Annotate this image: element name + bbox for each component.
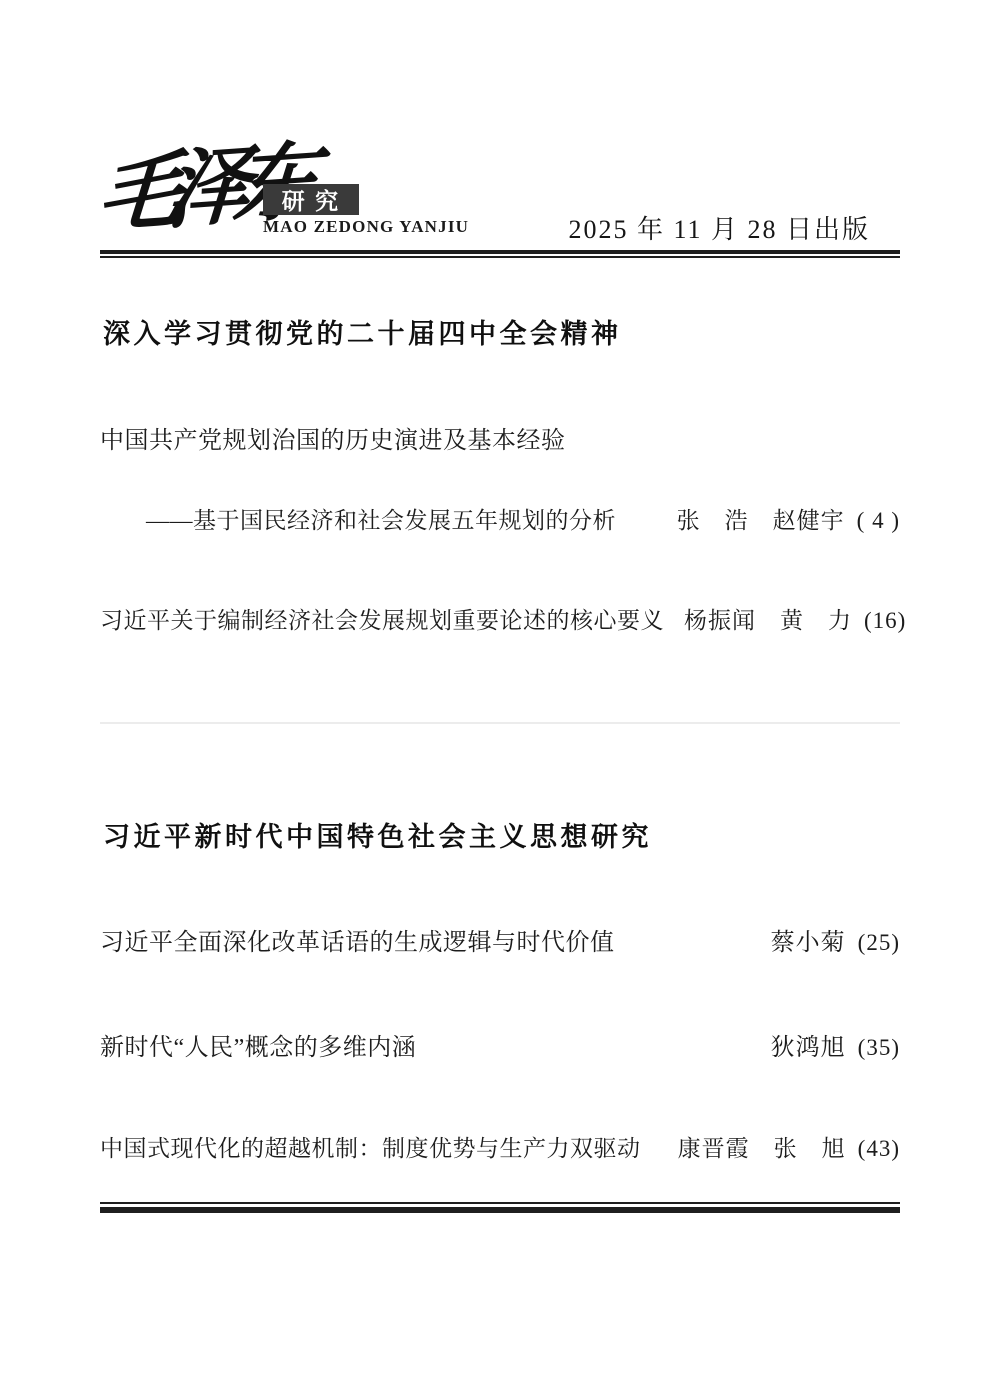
section-heading-1: 深入学习贯彻党的二十届四中全会精神 — [103, 312, 903, 351]
journal-logo-romanized: MAO ZEDONG YANJIU — [263, 217, 469, 237]
publish-date: 2025 年 11 月 28 日出版 — [568, 209, 870, 246]
article-title: 中国式现代化的超越机制：制度优势与生产力双驱动 — [100, 1130, 641, 1163]
article-page-number: ( 4 ) — [857, 508, 900, 534]
article-page-number: (25) — [858, 930, 900, 956]
article-authors: 狄鸿旭 — [751, 1027, 846, 1062]
journal-logo-box: 研 究 — [263, 184, 359, 215]
journal-toc-page: 毛泽东 研 究 MAO ZEDONG YANJIU 2025 年 11 月 28… — [0, 0, 1000, 1400]
article-title: 习近平全面深化改革话语的生成逻辑与时代价值 — [100, 922, 615, 957]
section-heading-2: 习近平新时代中国特色社会主义思想研究 — [103, 815, 903, 854]
rule-thin-bar — [100, 256, 900, 258]
toc-entry-title: 中国共产党规划治国的历史演进及基本经验 — [100, 420, 900, 455]
article-authors: 杨振闻 黄 力 — [664, 602, 852, 635]
article-title: 习近平关于编制经济社会发展规划重要论述的核心要义 — [100, 602, 664, 635]
toc-entry: 习近平全面深化改革话语的生成逻辑与时代价值 蔡小菊 (25) — [100, 922, 900, 957]
article-title: 中国共产党规划治国的历史演进及基本经验 — [100, 420, 566, 455]
article-authors: 康晋霞 张 旭 — [658, 1130, 846, 1163]
article-title: 新时代“人民”概念的多维内涵 — [100, 1027, 416, 1062]
rule-thin-bar — [100, 1202, 900, 1204]
article-subtitle: ——基于国民经济和社会发展五年规划的分析 — [100, 502, 616, 535]
toc-entry: 习近平关于编制经济社会发展规划重要论述的核心要义 杨振闻 黄 力 (16) — [100, 602, 900, 635]
toc-entry-subtitle: ——基于国民经济和社会发展五年规划的分析 张 浩 赵健宇 ( 4 ) — [100, 502, 900, 535]
toc-entry: 新时代“人民”概念的多维内涵 狄鸿旭 (35) — [100, 1027, 900, 1062]
article-page-number: (43) — [858, 1136, 900, 1162]
rule-thick-bar — [100, 250, 900, 254]
header-double-rule — [100, 250, 900, 258]
article-authors: 蔡小菊 — [751, 922, 846, 957]
article-page-number: (35) — [858, 1035, 900, 1061]
section-divider-line — [100, 722, 900, 724]
toc-entry: 中国式现代化的超越机制：制度优势与生产力双驱动 康晋霞 张 旭 (43) — [100, 1130, 900, 1163]
article-page-number: (16) — [864, 608, 906, 634]
article-authors: 张 浩 赵健宇 — [657, 502, 845, 535]
rule-thick-bar — [100, 1207, 900, 1213]
footer-double-rule — [100, 1202, 900, 1213]
